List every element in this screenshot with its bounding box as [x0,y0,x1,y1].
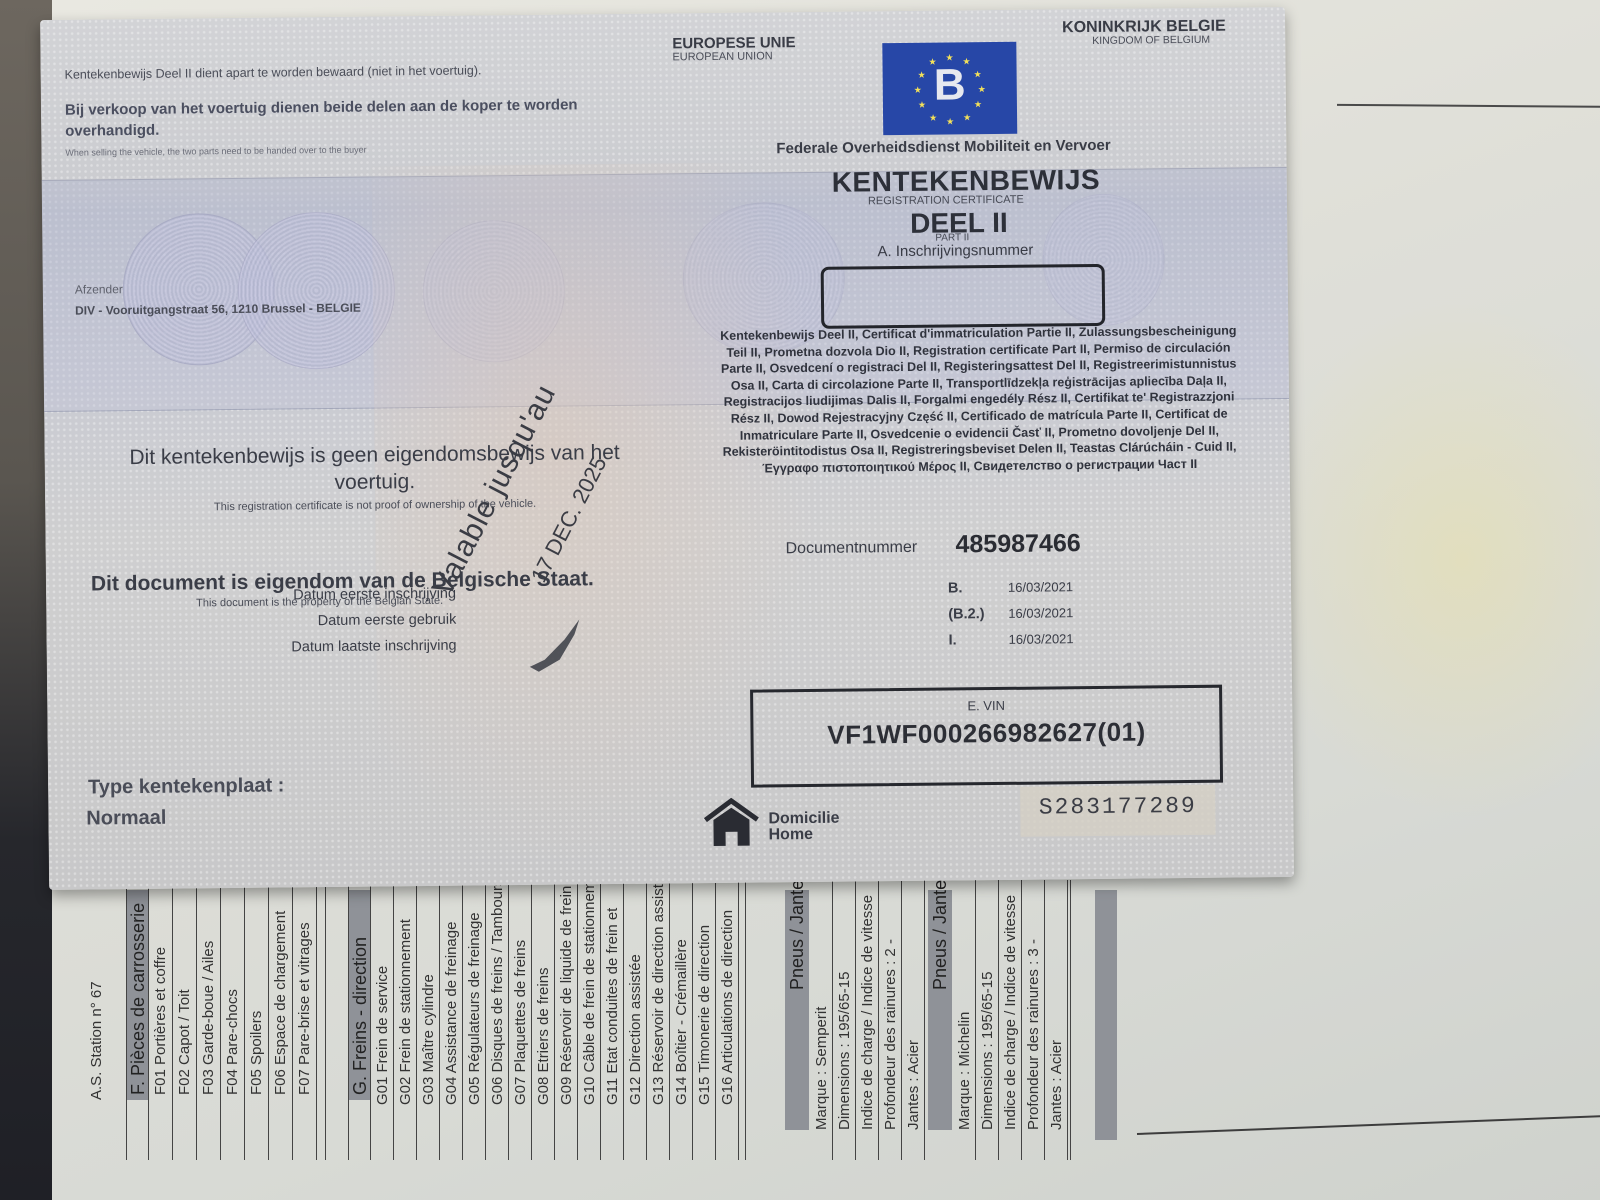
form-item: G06 Disques de freins / Tambours [489,878,506,1105]
form-item: Marque : Semperit [813,1007,830,1130]
form-item: Marque : Michelin [956,1012,973,1130]
form-item: G07 Plaquettes de freins [512,940,529,1105]
registration-number-field [821,264,1106,329]
station-label: A.S. Station n° 67 [88,981,105,1100]
sale-notice-nl: Bij verkoop van het voertuig dienen beid… [65,94,585,141]
form-item: G14 Boîtier - Crémaillère [673,939,690,1105]
serial-number: S283177289 [1020,793,1215,821]
inspection-form: A.S. Station n° 67 F. Pièces de carrosse… [80,880,1120,1160]
form-rule [1337,104,1600,108]
document-number: 485987466 [955,529,1080,559]
section-f-header: F. Pièces de carrosserie [126,890,148,1100]
form-item: F03 Garde-boue / Ailes [200,941,217,1095]
form-item: Indice de charge / Indice de vitesse [1002,895,1019,1130]
form-item: G04 Assistance de freinage [443,922,460,1105]
eu-flag-icon: B ★ ★ ★ ★ ★ ★ ★ ★ ★ ★ ★ ★ [882,42,1017,135]
form-item: G12 Direction assistée [627,954,644,1105]
serial-number-field: S283177289 [1020,785,1216,837]
form-item: F04 Pare-chocs [224,989,241,1095]
form-item: F05 Spoilers [248,1011,265,1095]
form-item: G08 Etriers de freins [535,967,552,1105]
sale-notice-en: When selling the vehicle, the two parts … [65,145,366,158]
eu-label-en: EUROPEAN UNION [672,50,772,63]
form-item: G03 Maître cylindre [420,974,437,1105]
issuing-authority: Federale Overheidsdienst Mobiliteit en V… [776,137,1110,157]
form-item: Indice de charge / Indice de vitesse [859,895,876,1130]
form-item: G16 Articulations de direction [719,910,736,1105]
form-item: Profondeur des rainures : 3 - [1025,939,1042,1130]
form-item: F01 Portières et coffre [152,947,169,1095]
form-item: Jantes : Acier [905,1040,922,1130]
vin-value: VF1WF000266982627(01) [753,716,1219,752]
domicile-label-en: Home [768,826,813,844]
registration-number-label: A. Inschrijvingsnummer [877,242,1033,261]
vin-label: E. VIN [753,696,1219,716]
form-item: Jantes : Acier [1048,1040,1065,1130]
form-shaded-column [1095,890,1117,1140]
keep-separate-notice: Kentekenbewijs Deel II dient apart te wo… [65,63,482,81]
tyres-rear-header: Pneus / Jantes [928,890,952,1130]
registration-certificate-card: Kentekenbewijs Deel II dient apart te wo… [40,7,1294,890]
form-item: G15 Timonerie de direction [696,925,713,1105]
form-item: G11 Etat conduites de frein et [604,908,621,1105]
vin-field: E. VIN VF1WF000266982627(01) [750,685,1223,788]
ink-smudge-icon [524,614,585,675]
form-item: G10 Câble de frein de stationnement [581,860,598,1105]
tyres-front-header: Pneus / Jantes [785,890,809,1130]
form-item: F07 Pare-brise et vitrages [296,922,313,1095]
form-item: F06 Espace de chargement [272,911,289,1095]
plate-type-label: Type kentekenplaat : [88,774,285,799]
form-item: G13 Réservoir de direction assistée [650,867,667,1105]
sender-label: Afzender [75,282,123,297]
form-rule [1137,1113,1600,1135]
form-item: Dimensions : 195/65-15 [979,972,996,1130]
document-title-en: REGISTRATION CERTIFICATE [868,194,1024,208]
form-item: G05 Régulateurs de freinage [466,912,483,1105]
plate-type-value: Normaal [86,807,166,831]
form-item: F02 Capot / Toit [176,989,193,1095]
form-item: G09 Réservoir de liquide de frein [558,886,575,1105]
ownership-notice-nl: Dit kentekenbewijs is geen eigendomsbewi… [114,439,635,498]
form-item: G01 Frein de service [374,966,391,1105]
section-g-header: G. Freins - direction [348,890,370,1100]
document-number-label: Documentnummer [785,539,917,558]
form-item: G02 Frein de stationnement [397,919,414,1105]
home-icon [701,797,762,848]
multilingual-document-names: Kentekenbewijs Deel II, Certificat d'imm… [718,322,1240,477]
light-reflection [1252,300,1600,820]
form-item: Profondeur des rainures : 2 - [882,939,899,1130]
eu-label-nl: EUROPESE UNIE [672,34,796,52]
sender-address: DIV - Vooruitgangstraat 56, 1210 Brussel… [75,301,361,318]
kingdom-label-en: KINGDOM OF BELGIUM [1092,34,1210,47]
form-item: Dimensions : 195/65-15 [836,972,853,1130]
